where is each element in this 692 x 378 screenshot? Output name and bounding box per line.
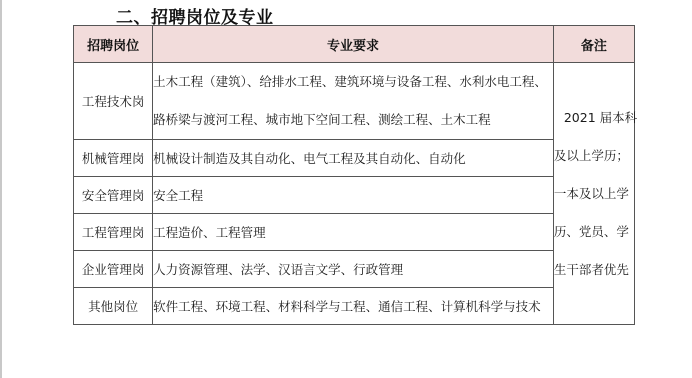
position-cell: 企业管理岗 [74, 251, 153, 288]
table-row: 机械管理岗 机械设计制造及其自动化、电气工程及其自动化、自动化 [74, 140, 635, 177]
header-requirements: 专业要求 [153, 26, 554, 63]
table-row: 企业管理岗 人力资源管理、法学、汉语言文学、行政管理 [74, 251, 635, 288]
table-row: 工程技术岗 土木工程（建筑）、给排水工程、建筑环境与设备工程、水利水电工程、 路… [74, 63, 635, 140]
header-notes: 备注 [553, 26, 634, 63]
header-position: 招聘岗位 [74, 26, 153, 63]
notes-line: 2021 届本科 [554, 99, 634, 137]
position-cell: 工程技术岗 [74, 63, 153, 140]
position-cell: 其他岗位 [74, 288, 153, 325]
requirements-cell: 机械设计制造及其自动化、电气工程及其自动化、自动化 [153, 140, 554, 177]
requirements-cell: 安全工程 [153, 177, 554, 214]
table-row: 安全管理岗 安全工程 [74, 177, 635, 214]
requirements-line: 路桥梁与渡河工程、城市地下空间工程、测绘工程、土木工程 [153, 101, 553, 139]
notes-cell: 2021 届本科 及以上学历； 一本及以上学 历、党员、学 生干部者优先 [553, 63, 634, 325]
requirements-cell: 软件工程、环境工程、材料科学与工程、通信工程、计算机科学与技术 [153, 288, 554, 325]
page-left-border [0, 0, 2, 378]
requirements-cell: 工程造价、工程管理 [153, 214, 554, 251]
notes-line: 及以上学历； [554, 137, 634, 175]
table-row: 工程管理岗 工程造价、工程管理 [74, 214, 635, 251]
requirements-cell: 土木工程（建筑）、给排水工程、建筑环境与设备工程、水利水电工程、 路桥梁与渡河工… [153, 63, 554, 140]
recruitment-table: 招聘岗位 专业要求 备注 工程技术岗 土木工程（建筑）、给排水工程、建筑环境与设… [73, 25, 635, 325]
notes-line: 生干部者优先 [554, 251, 634, 289]
notes-line: 一本及以上学 [554, 175, 634, 213]
position-cell: 机械管理岗 [74, 140, 153, 177]
notes-line: 历、党员、学 [554, 213, 634, 251]
requirements-cell: 人力资源管理、法学、汉语言文学、行政管理 [153, 251, 554, 288]
table-row: 其他岗位 软件工程、环境工程、材料科学与工程、通信工程、计算机科学与技术 [74, 288, 635, 325]
position-cell: 安全管理岗 [74, 177, 153, 214]
table-header-row: 招聘岗位 专业要求 备注 [74, 26, 635, 63]
requirements-line: 土木工程（建筑）、给排水工程、建筑环境与设备工程、水利水电工程、 [153, 63, 553, 101]
position-cell: 工程管理岗 [74, 214, 153, 251]
